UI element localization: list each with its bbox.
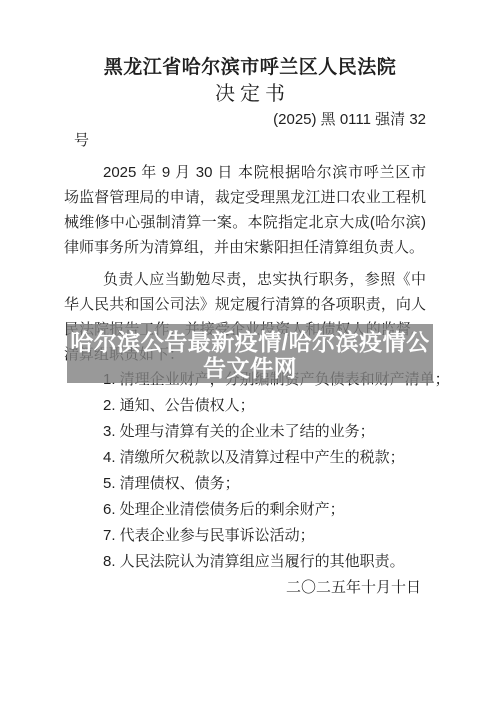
document-header: 黑龙江省哈尔滨市呼兰区人民法院 决定书 xyxy=(0,0,500,107)
duty-list: 1. 清理企业财产，分别编制资产负债表和财产清单； 2. 通知、公告债权人； 3… xyxy=(64,367,426,575)
duty-item-5: 5. 清理债权、债务； xyxy=(64,471,426,497)
document-title: 决定书 xyxy=(0,81,500,107)
duty-item-3: 3. 处理与清算有关的企业未了结的业务； xyxy=(64,419,426,445)
watermark-overlay: 哈尔滨公告最新疫情/哈尔滨疫情公 告文件网 xyxy=(67,324,433,383)
case-number: (2025) 黑 0111 强清 32 xyxy=(64,110,426,130)
court-decision-document: 黑龙江省哈尔滨市呼兰区人民法院 决定书 (2025) 黑 0111 强清 32 … xyxy=(0,0,500,706)
paragraph-acceptance: 2025 年 9 月 30 日 本院根据哈尔滨市呼兰区市场监督管理局的申请，裁定… xyxy=(64,160,426,260)
case-number-overflow: 号 xyxy=(64,130,426,152)
watermark-text-line2: 告文件网 xyxy=(67,355,433,381)
duty-item-6: 6. 处理企业清偿债务后的剩余财产； xyxy=(64,497,426,523)
duty-item-8: 8. 人民法院认为清算组应当履行的其他职责。 xyxy=(64,549,426,575)
court-name: 黑龙江省哈尔滨市呼兰区人民法院 xyxy=(0,55,500,81)
duty-item-2: 2. 通知、公告债权人； xyxy=(64,393,426,419)
duty-item-4: 4. 清缴所欠税款以及清算过程中产生的税款； xyxy=(64,445,426,471)
document-date: 二〇二五年十月十日 xyxy=(64,575,426,601)
watermark-text-line1: 哈尔滨公告最新疫情/哈尔滨疫情公 xyxy=(67,329,433,355)
duty-item-7: 7. 代表企业参与民事诉讼活动； xyxy=(64,523,426,549)
